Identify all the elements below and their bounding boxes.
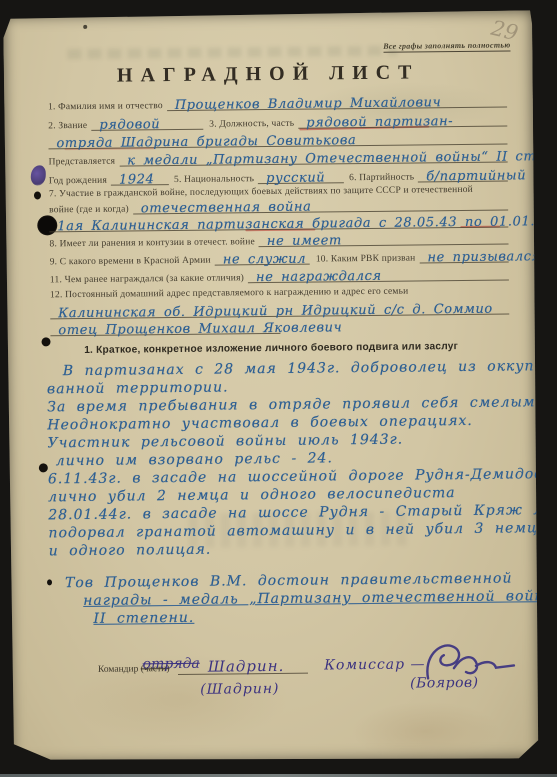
ink-ghosting (67, 46, 397, 59)
field-war-where-label: войне (где и когда) (49, 204, 133, 215)
field-presented-value: к медали „Партизану Отечественной войны“… (127, 149, 557, 169)
field-home-address-value1: Калининская об. Идрицкий рн Идрицкий с/с… (58, 302, 493, 322)
field-rank-value: рядовой (99, 117, 160, 133)
field-previous-awards-label: 11. Чем ранее награждался (за какие отли… (50, 273, 248, 285)
field-home-address-line1: Калининская об. Идрицкий рн Идрицкий с/с… (50, 302, 509, 320)
field-previous-awards: 11. Чем ранее награждался (за какие отли… (50, 268, 509, 286)
paper-hole (34, 191, 41, 199)
field-nationality-value-line: русский (258, 170, 344, 184)
field-war-value2-line: 1ая Калининская партизанская бригада с 2… (49, 215, 508, 233)
field-war-participation-continued: 1ая Калининская партизанская бригада с 2… (49, 215, 508, 233)
field-presented-for: Представляется к медали „Партизану Отече… (49, 150, 508, 168)
field-war-value: отечественная война (141, 200, 312, 217)
field-birthyear-value: 1924 (119, 172, 155, 187)
field-rank-label: 2. Звание (48, 121, 91, 131)
spacer (280, 320, 510, 334)
field-war-participation-label: 7. Участие в гражданской войне, последую… (49, 185, 508, 200)
field-party-value: б/партийный (426, 168, 526, 184)
field-position-value: рядовой партизан- (306, 114, 453, 131)
field-army-since-value: не служил (223, 252, 306, 268)
field-nationality-value: русский (266, 170, 325, 186)
field-army-service: 9. С какого времени в Красной Армии не с… (50, 250, 509, 268)
field-wounds-value: не имеет (267, 233, 342, 249)
field-war-participation-label-text: 7. Участие в гражданской войне, последую… (49, 185, 473, 199)
paper-hole (39, 463, 48, 472)
field-position-continued: отряда Шадрина бригады Совитькова (48, 132, 507, 150)
paper-stain (350, 701, 501, 763)
field-home-address-value1-line: Калининская об. Идрицкий рн Идрицкий с/с… (50, 302, 509, 320)
fill-all-fields-note: Все графы заполнять полностью (383, 40, 510, 52)
paper-speck (83, 25, 87, 29)
field-rvk-value: не призывался (427, 249, 541, 265)
field-position-value-line: рядовой партизан- (298, 114, 507, 129)
commander-unit-corrected: (части) отряда (141, 664, 170, 674)
field-rvk-value-line: не призывался (419, 250, 508, 264)
field-army-since-label: 9. С какого времени в Красной Армии (50, 256, 215, 268)
field-home-address-value2-line: отец Прощенков Михаил Яковлевич (50, 321, 280, 336)
document-title: НАГРАДНОЙ ЛИСТ (4, 60, 533, 89)
feat-description: В партизанах с 28 мая 1943г. доброволец … (47, 357, 517, 628)
field-position-label: 3. Должность, часть (203, 119, 298, 130)
field-war-participation: войне (где и когда) отечественная война (49, 198, 508, 216)
field-rank-value-line: рядовой (91, 117, 203, 131)
commissar-label: Комиссар — (324, 656, 425, 673)
field-army-since-value-line: не служил (215, 252, 310, 266)
field-name-value: Прощенков Владимир Михайлович (175, 95, 442, 113)
field-birthyear-label: Год рождения (49, 176, 111, 187)
field-home-address-label: 12. Постоянный домашний адрес представля… (50, 286, 509, 301)
field-name: 1. Фамилия имя и отчество Прощенков Влад… (48, 95, 507, 113)
field-birthyear-value-line: 1924 (111, 172, 169, 186)
field-rvk-label: 10. Каким РВК призван (310, 253, 420, 264)
commissar-name-clarified: (Бояров) (410, 675, 479, 692)
commander-name-clarified: (Шадрин) (200, 681, 279, 698)
field-home-address-label-text: 12. Постоянный домашний адрес представля… (50, 287, 409, 301)
field-wounds-label: 8. Имеет ли ранения и контузии в отечест… (49, 237, 259, 249)
ink-blot (31, 165, 46, 185)
commander-label: Командир (98, 664, 138, 674)
field-name-label: 1. Фамилия имя и отчество (48, 101, 167, 112)
field-presented-label: Представляется (49, 157, 120, 168)
commander-signature: Шадрин. (208, 657, 285, 676)
conclusion-line: II степени. (49, 605, 516, 628)
feat-line: и одного полицая. (49, 537, 516, 560)
field-name-value-line: Прощенков Владимир Михайлович (167, 95, 507, 112)
commander-signature-line: Шадрин. (178, 662, 308, 675)
signature-names: (Шадрин) (Бояров) (10, 678, 539, 684)
award-sheet-document: 29 Все графы заполнять полностью НАГРАДН… (3, 10, 540, 763)
field-home-address-line2: отец Прощенков Михаил Яковлевич (50, 319, 509, 337)
field-party-value-line: б/партийный (418, 169, 508, 183)
field-birth-nationality-party: Год рождения 1924 5. Национальность русс… (49, 169, 508, 187)
field-previous-awards-value-line: не награждался (248, 268, 509, 284)
field-position-value2-line: отряда Шадрина бригады Совитькова (48, 132, 507, 150)
field-party-label: 6. Партийность (344, 172, 418, 183)
field-wounds-value-line: не имеет (259, 232, 509, 248)
field-previous-awards-value: не награждался (256, 269, 382, 285)
field-nationality-label: 5. Национальность (169, 174, 258, 185)
field-wounds: 8. Имеет ли ранения и контузии в отечест… (49, 232, 508, 250)
field-rank-position: 2. Звание рядовой 3. Должность, часть ря… (48, 114, 507, 132)
field-presented-value-line: к медали „Партизану Отечественной войны“… (119, 150, 508, 167)
field-war-value-line: отечественная война (133, 198, 508, 215)
field-position-value2: отряда Шадрина бригады Совитькова (56, 133, 356, 151)
feat-section-heading: 1. Краткое, конкретное изложение личного… (7, 340, 536, 357)
signature-block: Командир (части) отряда Шадрин. Комиссар… (98, 655, 519, 675)
